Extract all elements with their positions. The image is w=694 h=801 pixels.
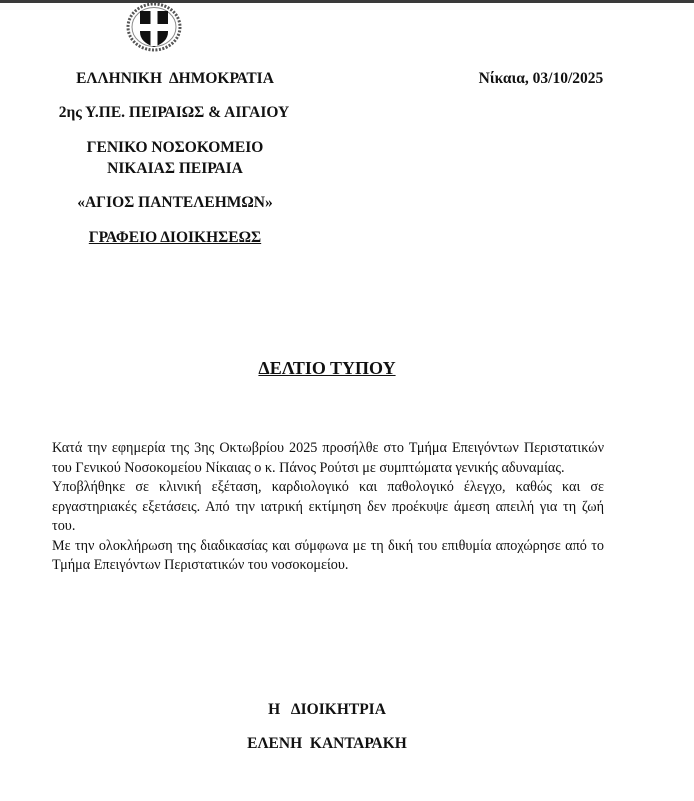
greek-coat-of-arms-icon (126, 2, 182, 52)
hospital-name: «ΑΓΙΟΣ ΠΑΝΤΕΛΕΗΜΩΝ» (60, 194, 290, 212)
paragraph: Υποβλήθηκε σε κλινική εξέταση, καρδιολογ… (52, 478, 604, 537)
document-body: Κατά την εφημερία της 3ης Οκτωβρίου 2025… (52, 439, 604, 576)
region-heading: 2ης Υ.ΠΕ. ΠΕΙΡΑΙΩΣ & ΑΙΓΑΙΟΥ (48, 104, 300, 122)
place-date: Νίκαια, 03/10/2025 (474, 70, 608, 88)
hospital-line2: ΝΙΚΑΙΑΣ ΠΕΙΡΑΙΑ (60, 160, 290, 178)
republic-heading: ΕΛΛΗΝΙΚΗ ΔΗΜΟΚΡΑΤΙΑ (68, 70, 282, 88)
hospital-line1: ΓΕΝΙΚΟ ΝΟΣΟΚΟΜΕΙΟ (60, 139, 290, 157)
paragraph: Κατά την εφημερία της 3ης Οκτωβρίου 2025… (52, 439, 604, 478)
office-heading: ΓΡΑΦΕΙΟ ΔΙΟΙΚΗΣΕΩΣ (60, 229, 290, 247)
signature-role: Η ΔΙΟΙΚΗΤΡΙΑ (0, 701, 654, 719)
top-edge-bar (0, 0, 694, 3)
document-title: ΔΕΛΤΙΟ ΤΥΠΟΥ (0, 358, 654, 379)
paragraph: Με την ολοκλήρωση της διαδικασίας και σύ… (52, 537, 604, 576)
signature-name: ΕΛΕΝΗ ΚΑΝΤΑΡΑΚΗ (0, 735, 654, 753)
